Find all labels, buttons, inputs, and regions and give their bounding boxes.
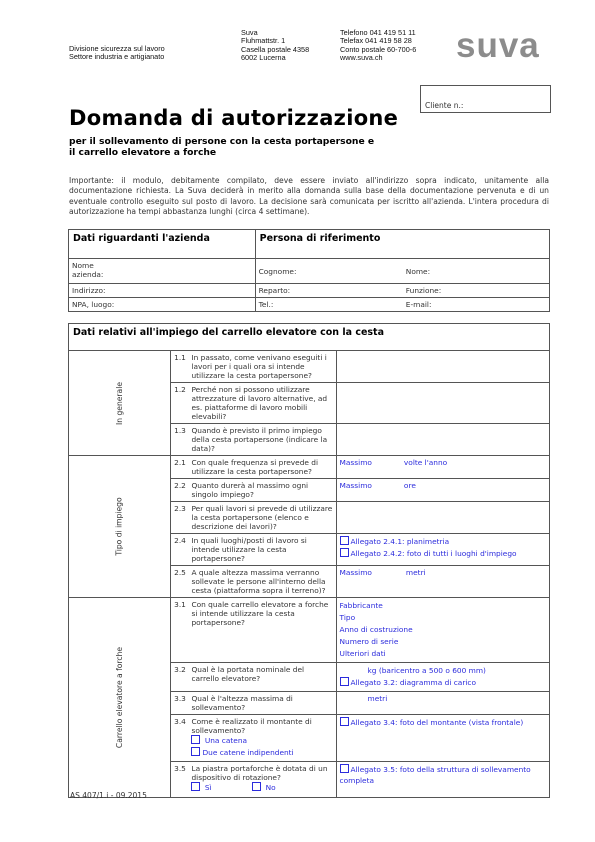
question-text: Come è realizzato il montante di solleva…	[191, 717, 332, 735]
answer-2-4: Allegato 2.4.1: planimetria Allegato 2.4…	[336, 534, 549, 566]
question-number: 1.1	[171, 351, 188, 383]
capacity-field[interactable]: kg (baricentro a 500 o 600 mm)	[340, 665, 546, 677]
first-name-label: Nome:	[406, 267, 430, 276]
answer-2-5[interactable]: Massimometri	[336, 566, 549, 598]
question-1-2: Perché non si possono utilizzare attrezz…	[187, 383, 336, 424]
page-subtitle: per il sollevamento di persone con la ce…	[69, 136, 374, 158]
zip-city-label: NPA, luogo:	[72, 300, 114, 309]
group-type-label: Tipo di impiego	[115, 497, 124, 555]
checkbox-icon[interactable]	[340, 677, 349, 686]
surname-field[interactable]: Cognome:	[255, 259, 403, 284]
question-2-4: In quali luoghi/posti di lavoro si inten…	[187, 534, 336, 566]
department-label: Reparto:	[259, 286, 291, 295]
attachment-label: Allegato 3.5: foto della struttura di so…	[340, 765, 531, 785]
option-two-chains[interactable]: Due catene indipendenti	[191, 747, 332, 759]
address-field[interactable]: Indirizzo:	[69, 284, 256, 298]
question-2-2: Quanto durerà al massimo ogni singolo im…	[187, 479, 336, 502]
usage-table: Dati relativi all'impiego del carrello e…	[68, 323, 550, 798]
other-data-field[interactable]: Ulteriori dati	[340, 648, 546, 660]
checkbox-icon[interactable]	[191, 735, 200, 744]
option-label: Una catena	[205, 736, 247, 745]
option-one-chain[interactable]: Una catena	[191, 735, 332, 747]
attachment-3-4[interactable]: Allegato 3.4: foto del montante (vista f…	[340, 717, 546, 729]
address-label: Indirizzo:	[72, 286, 105, 295]
answer-prefix: Massimo	[340, 568, 372, 577]
question-3-3: Qual è l'altezza massima di sollevamento…	[187, 692, 336, 715]
division-info: Divisione sicurezza sul lavoro Settore i…	[69, 45, 165, 62]
answer-3-2: kg (baricentro a 500 o 600 mm) Allegato …	[336, 663, 549, 692]
question-number: 2.2	[171, 479, 188, 502]
address-info: Suva Fluhmattstr. 1 Casella postale 4358…	[241, 29, 309, 62]
year-field[interactable]: Anno di costruzione	[340, 624, 546, 636]
attachment-label: Allegato 3.4: foto del montante (vista f…	[351, 718, 524, 727]
checkbox-icon[interactable]	[252, 782, 261, 791]
email-label: E-mail:	[406, 300, 432, 309]
question-number: 2.1	[171, 456, 188, 479]
form-reference: AS 407/1.i - 09.2015	[70, 791, 147, 800]
option-label: Sì	[205, 783, 212, 792]
answer-3-1[interactable]: Fabbricante Tipo Anno di costruzione Num…	[336, 598, 549, 663]
question-number: 3.1	[171, 598, 188, 663]
answer-unit: volte l'anno	[404, 458, 447, 467]
company-heading: Dati riguardanti l'azienda	[69, 230, 256, 259]
attachment-3-5[interactable]: Allegato 3.5: foto della struttura di so…	[340, 764, 546, 786]
address-line: 6002 Lucerna	[241, 54, 309, 62]
answer-3-3[interactable]: metri	[336, 692, 549, 715]
question-3-5: La piastra portaforche è dotata di un di…	[187, 762, 336, 798]
option-yes[interactable]: Sì	[191, 783, 211, 792]
group-general: In generale	[69, 351, 171, 456]
answer-2-3[interactable]	[336, 502, 549, 534]
checkbox-icon[interactable]	[191, 747, 200, 756]
question-number: 1.3	[171, 424, 188, 456]
phone-field[interactable]: Tel.:	[255, 298, 403, 312]
subtitle-line: per il sollevamento di persone con la ce…	[69, 136, 374, 147]
question-number: 3.3	[171, 692, 188, 715]
email-field[interactable]: E-mail:	[403, 298, 550, 312]
phone-label: Tel.:	[259, 300, 274, 309]
checkbox-icon[interactable]	[191, 782, 200, 791]
group-general-label: In generale	[115, 381, 124, 424]
company-table: Dati riguardanti l'azienda Persona di ri…	[68, 229, 550, 312]
question-number: 3.4	[171, 715, 188, 762]
division-line: Settore industria e artigianato	[69, 53, 165, 61]
checkbox-icon[interactable]	[340, 717, 349, 726]
rotation-options: Sì No	[191, 782, 332, 794]
type-field[interactable]: Tipo	[340, 612, 546, 624]
subtitle-line: il carrello elevatore a forche	[69, 147, 374, 158]
answer-unit: metri	[406, 568, 426, 577]
question-number: 1.2	[171, 383, 188, 424]
question-3-2: Qual è la portata nominale del carrello …	[187, 663, 336, 692]
question-number: 2.3	[171, 502, 188, 534]
question-1-3: Quando è previsto il primo impiego della…	[187, 424, 336, 456]
group-forklift: Carrello elevatore a forche	[69, 598, 171, 798]
question-3-4: Come è realizzato il montante di solleva…	[187, 715, 336, 762]
attachment-label: Allegato 2.4.2: foto di tutti i luoghi d…	[351, 549, 517, 558]
attachment-label: Allegato 3.2: diagramma di carico	[351, 678, 476, 687]
question-number: 3.2	[171, 663, 188, 692]
first-name-field[interactable]: Nome:	[403, 259, 550, 284]
suva-logo: suva	[456, 26, 540, 66]
contact-info: Telefono 041 419 51 11 Telefax 041 419 5…	[340, 29, 416, 62]
attachment-label: Allegato 2.4.1: planimetria	[351, 537, 450, 546]
checkbox-icon[interactable]	[340, 536, 349, 545]
zip-city-field[interactable]: NPA, luogo:	[69, 298, 256, 312]
answer-1-3[interactable]	[336, 424, 549, 456]
function-label: Funzione:	[406, 286, 441, 295]
question-1-1: In passato, come venivano eseguiti i lav…	[187, 351, 336, 383]
question-2-3: Per quali lavori si prevede di utilizzar…	[187, 502, 336, 534]
answer-1-2[interactable]	[336, 383, 549, 424]
department-field[interactable]: Reparto:	[255, 284, 403, 298]
answer-prefix: Massimo	[340, 458, 372, 467]
question-2-5: A quale altezza massima verranno solleva…	[187, 566, 336, 598]
checkbox-icon[interactable]	[340, 764, 349, 773]
function-field[interactable]: Funzione:	[403, 284, 550, 298]
option-label: Due catene indipendenti	[202, 748, 293, 757]
question-number: 2.4	[171, 534, 188, 566]
attachment-2-4-1[interactable]: Allegato 2.4.1: planimetria	[340, 536, 546, 548]
company-name-label: Nome azienda:	[72, 261, 112, 279]
attachment-2-4-2[interactable]: Allegato 2.4.2: foto di tutti i luoghi d…	[340, 548, 546, 560]
answer-2-2[interactable]: Massimoore	[336, 479, 549, 502]
option-label: No	[266, 783, 276, 792]
option-no[interactable]: No	[252, 783, 275, 792]
answer-2-1[interactable]: Massimovolte l'anno	[336, 456, 549, 479]
client-number-label: Cliente n.:	[425, 101, 463, 110]
company-name-field[interactable]: Nome azienda:	[69, 259, 256, 284]
answer-unit: kg (baricentro a 500 o 600 mm)	[368, 666, 486, 675]
answer-unit: ore	[404, 481, 416, 490]
manufacturer-field[interactable]: Fabbricante	[340, 600, 546, 612]
checkbox-icon[interactable]	[340, 548, 349, 557]
answer-prefix: Massimo	[340, 481, 372, 490]
question-text: La piastra portaforche è dotata di un di…	[191, 764, 332, 782]
serial-number-field[interactable]: Numero di serie	[340, 636, 546, 648]
contact-line: www.suva.ch	[340, 54, 416, 62]
question-3-1: Con quale carrello elevatore a forche si…	[187, 598, 336, 663]
surname-label: Cognome:	[259, 267, 297, 276]
group-type: Tipo di impiego	[69, 456, 171, 598]
answer-1-1[interactable]	[336, 351, 549, 383]
attachment-3-2[interactable]: Allegato 3.2: diagramma di carico	[340, 677, 546, 689]
usage-heading: Dati relativi all'impiego del carrello e…	[69, 324, 550, 351]
intro-text: Importante: il modulo, debitamente compi…	[69, 176, 549, 218]
question-2-1: Con quale frequenza si prevede di utiliz…	[187, 456, 336, 479]
group-forklift-label: Carrello elevatore a forche	[115, 647, 124, 748]
person-heading: Persona di riferimento	[255, 230, 549, 259]
client-number-field[interactable]: Cliente n.:	[420, 85, 551, 113]
question-number: 3.5	[171, 762, 188, 798]
answer-3-5: Allegato 3.5: foto della struttura di so…	[336, 762, 549, 798]
page-title: Domanda di autorizzazione	[69, 106, 398, 130]
answer-unit: metri	[368, 694, 388, 703]
answer-3-4: Allegato 3.4: foto del montante (vista f…	[336, 715, 549, 762]
question-number: 2.5	[171, 566, 188, 598]
